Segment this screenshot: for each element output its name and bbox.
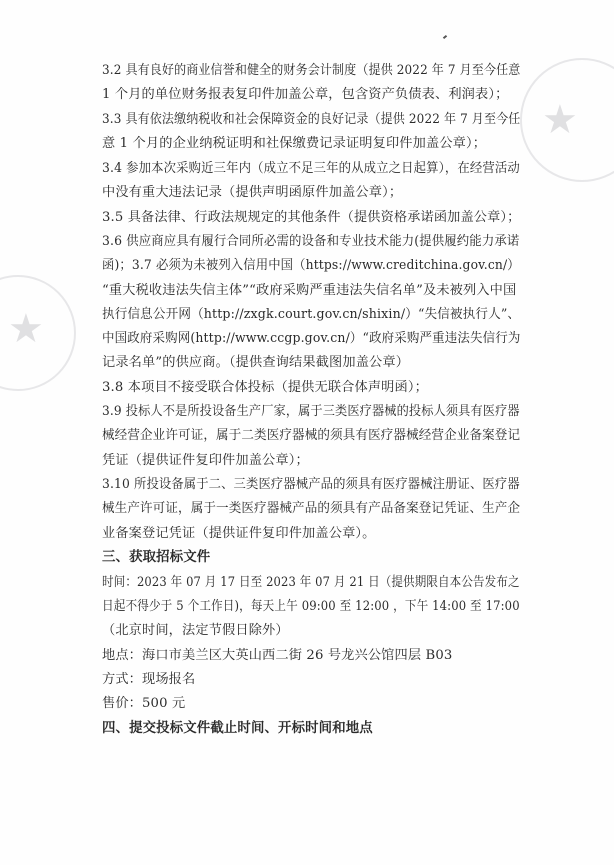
official-seal-left: ★	[0, 275, 76, 391]
section-heading: 三、获取招标文件	[102, 549, 210, 567]
text-line: 1 个月的单位财务报表复印件加盖公章，包含资产负债表、利润表）；	[102, 86, 508, 104]
scanned-document-page: ★ ★ 3.2 具有良好的商业信誉和健全的财务会计制度（提供 2022 年 7 …	[0, 0, 614, 865]
text-line: 意 1 个月的企业纳税证明和社保缴费记录证明复印件加盖公章）；	[102, 135, 486, 153]
text-line: 时间：2023 年 07 月 17 日至 2023 年 07 月 21 日（提供…	[102, 574, 520, 592]
scan-speck	[443, 35, 447, 39]
text-line: “重大税收违法失信主体”“政府采购严重违法失信名单”及未被列入中国	[102, 282, 516, 300]
text-line: 3.8 本项目不接受联合体投标（提供无联合体声明函）；	[102, 379, 428, 397]
text-line: 业备案登记凭证（提供证件复印件加盖公章）。	[102, 525, 376, 543]
text-line: 3.5 具备法律、行政法规规定的其他条件（提供资格承诺函加盖公章）；	[102, 209, 520, 227]
text-line: 3.4 参加本次采购近三年内（成立不足三年的从成立之日起算），在经营活动	[102, 160, 520, 178]
text-line: 方式：现场报名	[102, 671, 195, 689]
text-line: 日起不得少于 5 个工作日)，每天上午 09:00 至 12:00 ，下午 14…	[102, 598, 520, 616]
text-line: 3.9 投标人不是所投设备生产厂家，属于三类医疗器械的投标人须具有医疗器	[102, 403, 520, 421]
text-line: 械经营企业许可证，属于二类医疗器械的须具有医疗器械经营企业备案登记	[102, 427, 520, 445]
text-line: 3.2 具有良好的商业信誉和健全的财务会计制度（提供 2022 年 7 月至今任…	[102, 62, 520, 80]
official-seal-right: ★	[520, 58, 614, 182]
text-line: 地点：海口市美兰区大英山西二街 26 号龙兴公馆四层 B03	[102, 647, 452, 665]
text-line: （北京时间，法定节假日除外）	[102, 622, 289, 640]
text-line: 函)；3.7 必须为未被列入信用中国（https://www.creditchi…	[102, 257, 520, 275]
text-line: 3.6 供应商应具有履行合同所必需的设备和专业技术能力(提供履约能力承诺	[102, 233, 519, 251]
text-line: 凭证（提供证件复印件加盖公章）；	[102, 452, 309, 470]
text-line: 记录名单”的供应商。（提供查询结果截图加盖公章）	[102, 354, 409, 372]
text-line: 中国政府采购网(http://www.ccgp.gov.cn/）“政府采购严重违…	[102, 330, 520, 348]
seal-star-icon: ★	[8, 309, 44, 349]
text-line: 执行信息公开网（http://zxgk.court.gov.cn/shixin/…	[102, 306, 520, 324]
text-line: 3.3 具有依法缴纳税收和社会保障资金的良好记录（提供 2022 年 7 月至今…	[102, 111, 520, 129]
text-line: 械生产许可证，属于一类医疗器械产品的须具有产品备案登记凭证、生产企	[102, 500, 520, 518]
text-line: 3.10 所投设备属于二、三类医疗器械产品的须具有医疗器械注册证、医疗器	[102, 476, 520, 494]
section-heading: 四、提交投标文件截止时间、开标时间和地点	[102, 720, 373, 738]
seal-star-icon: ★	[542, 100, 578, 140]
text-line: 中没有重大违法记录（提供声明函原件加盖公章）；	[102, 184, 402, 202]
text-line: 售价：500 元	[102, 695, 185, 713]
